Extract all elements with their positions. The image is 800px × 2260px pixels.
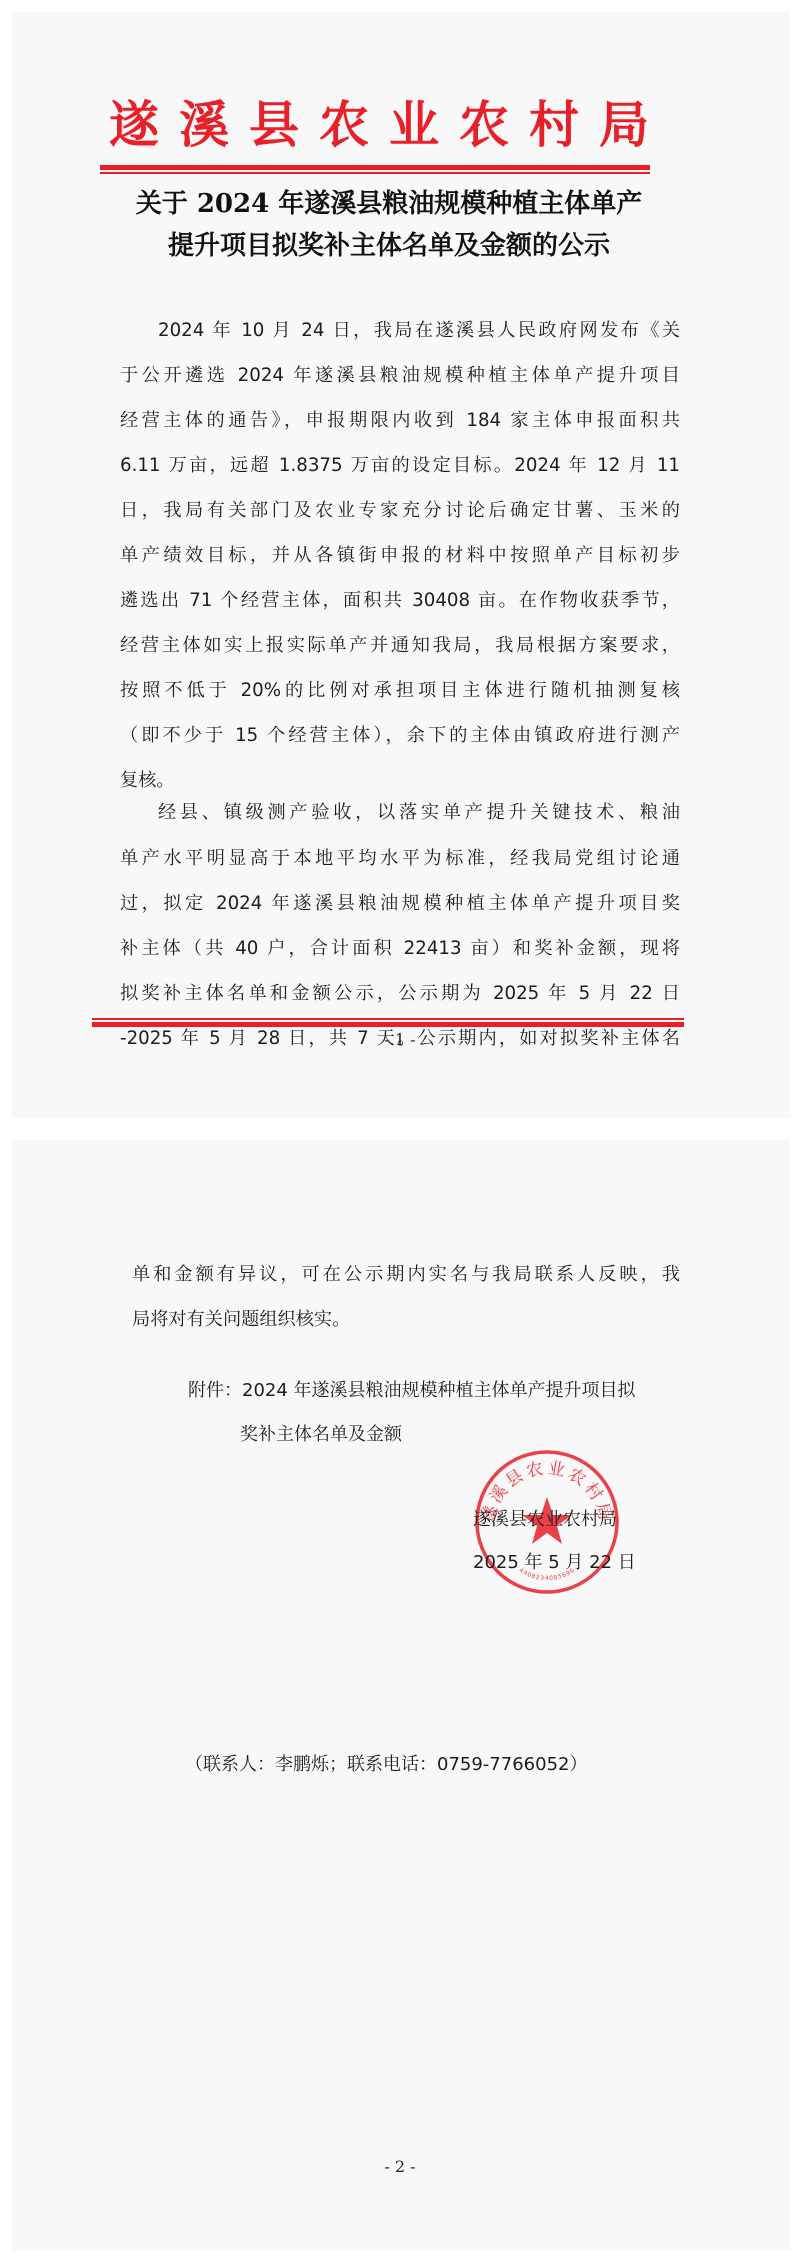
attachment-line-1: 附件：2024 年遂溪县粮油规模种植主体单产提升项目拟 bbox=[188, 1378, 636, 1404]
signature-org: 遂溪县农业农村局 bbox=[473, 1507, 617, 1533]
body-text-line: 2024 年 10 月 24 日，我局在遂溪县人民政府网发布《关 bbox=[158, 318, 680, 344]
document-title-line-2: 提升项目拟奖补主体名单及金额的公示 bbox=[60, 225, 718, 267]
body-text-line: 6.11 万亩，远超 1.8375 万亩的设定目标。2024 年 12 月 11 bbox=[120, 453, 680, 479]
signature-date: 2025 年 5 月 22 日 bbox=[473, 1550, 636, 1576]
body-text-line: 于公开遴选 2024 年遂溪县粮油规模种植主体单产提升项目 bbox=[120, 363, 680, 389]
body-text-line: 单产水平明显高于本地平均水平为标准，经我局党组讨论通 bbox=[120, 846, 680, 872]
body-text-line: 按照不低于 20%的比例对承担项目主体进行随机抽测复核 bbox=[120, 678, 680, 704]
page-number-1: - 1 - bbox=[0, 1030, 800, 1049]
body-text-line: 遴选出 71 个经营主体，面积共 30408 亩。在作物收获季节， bbox=[120, 588, 680, 614]
footer-rule-thin bbox=[92, 1018, 684, 1020]
letterhead-rule-thick bbox=[100, 165, 650, 170]
body-text-line: （即不少于 15 个经营主体），余下的主体由镇政府进行测产 bbox=[120, 723, 680, 749]
body-text-line: 局将对有关问题组织核实。 bbox=[132, 1307, 680, 1333]
body-text-line: 经营主体如实上报实际单产并通知我局，我局根据方案要求， bbox=[120, 633, 680, 659]
document-title-line-1: 关于 2024 年遂溪县粮油规模种植主体单产 bbox=[60, 183, 718, 225]
contact-info: （联系人：李鹏烁；联系电话：0759-7766052） bbox=[185, 1752, 587, 1778]
body-text-line: 拟奖补主体名单和金额公示，公示期为 2025 年 5 月 22 日 bbox=[120, 981, 680, 1007]
letterhead-rule-thin bbox=[100, 172, 650, 174]
body-text-line: 单产绩效目标，并从各镇街申报的材料中按照单产目标初步 bbox=[120, 543, 680, 569]
body-text-line: 补主体（共 40 户，合计面积 22413 亩）和奖补金额，现将 bbox=[120, 936, 680, 962]
body-text-line: 过，拟定 2024 年遂溪县粮油规模种植主体单产提升项目奖 bbox=[120, 891, 680, 917]
body-text-line: 经县、镇级测产验收，以落实单产提升关键技术、粮油 bbox=[158, 800, 680, 826]
attachment-line-2: 奖补主体名单及金额 bbox=[240, 1422, 402, 1448]
body-text-line: 复核。 bbox=[120, 768, 680, 794]
body-text-line: 经营主体的通告》，申报期限内收到 184 家主体申报面积共 bbox=[120, 408, 680, 434]
body-text-line: 单和金额有异议，可在公示期内实名与我局联系人反映，我 bbox=[132, 1262, 680, 1288]
footer-rule-thick bbox=[92, 1022, 684, 1027]
page-number-2: - 2 - bbox=[0, 2157, 800, 2176]
letterhead-org-name: 遂溪县农业农村局 bbox=[60, 95, 718, 155]
body-text-line: 日，我局有关部门及农业专家充分讨论后确定甘薯、玉米的 bbox=[120, 498, 680, 524]
